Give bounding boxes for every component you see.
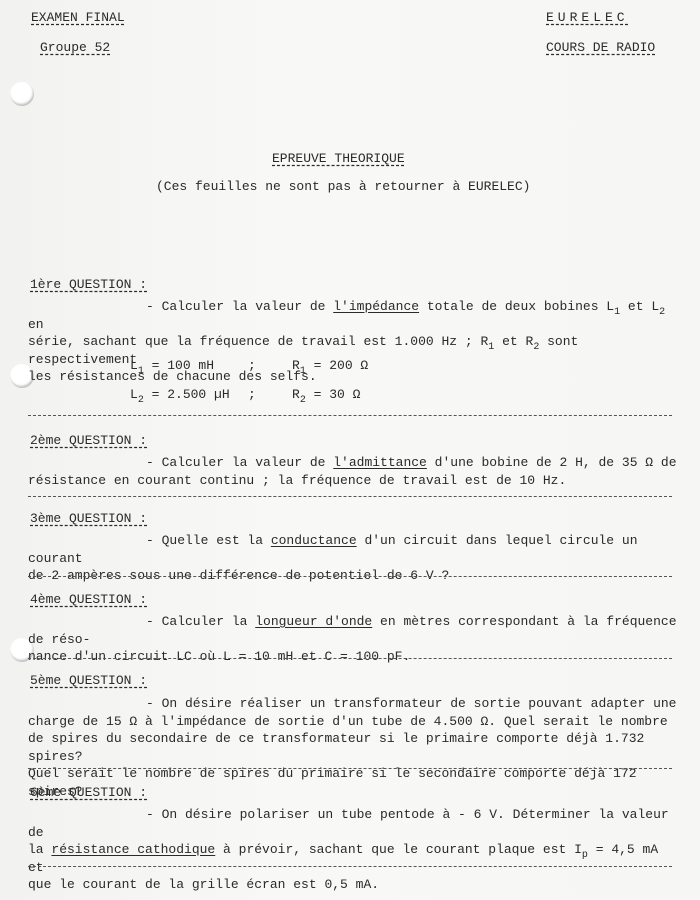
course-name: COURS DE RADIO xyxy=(546,40,655,55)
question-6-text: - On désire polariser un tube pentode à … xyxy=(28,806,678,894)
separator-3 xyxy=(28,576,672,577)
exam-title: EXAMEN FINAL xyxy=(31,10,125,25)
punch-hole-top xyxy=(10,82,34,106)
page-title: EPREUVE THEORIQUE xyxy=(272,151,405,166)
question-6-label: 6ème QUESTION : xyxy=(30,785,147,800)
keyword-wavelength: longueur d'onde xyxy=(255,614,372,629)
question-3-label: 3ème QUESTION : xyxy=(30,511,147,526)
question-2-label: 2ème QUESTION : xyxy=(30,433,147,448)
keyword-conductance: conductance xyxy=(271,533,357,548)
separator-2 xyxy=(28,496,672,497)
question-2-text: - Calculer la valeur de l'admittance d'u… xyxy=(28,454,678,489)
given-R1: R1 = 200 Ω xyxy=(292,358,368,373)
separator-6 xyxy=(28,866,672,867)
exam-page: EXAMEN FINAL Groupe 52 EURELEC COURS DE … xyxy=(0,0,700,900)
brand-name: EURELEC xyxy=(546,10,629,25)
given-L1: L1 = 100 mH xyxy=(130,358,214,373)
given-L2: L2 = 2.500 µH xyxy=(130,387,230,402)
question-4-label: 4ème QUESTION : xyxy=(30,592,147,607)
question-1-label: 1ère QUESTION : xyxy=(30,277,147,292)
question-5-label: 5ème QUESTION : xyxy=(30,673,147,688)
separator-4 xyxy=(28,658,672,659)
separator-1 xyxy=(28,415,672,416)
keyword-cathode-resistance: résistance cathodique xyxy=(51,842,215,857)
group-label: Groupe 52 xyxy=(40,40,110,55)
given-sep-1: ; xyxy=(248,358,256,373)
given-R2: R2 = 30 Ω xyxy=(292,387,360,402)
keyword-admittance: l'admittance xyxy=(333,455,427,470)
given-sep-2: ; xyxy=(248,387,256,402)
separator-5 xyxy=(28,768,672,769)
keyword-impedance: l'impédance xyxy=(333,299,419,314)
page-note: (Ces feuilles ne sont pas à retourner à … xyxy=(156,179,530,194)
